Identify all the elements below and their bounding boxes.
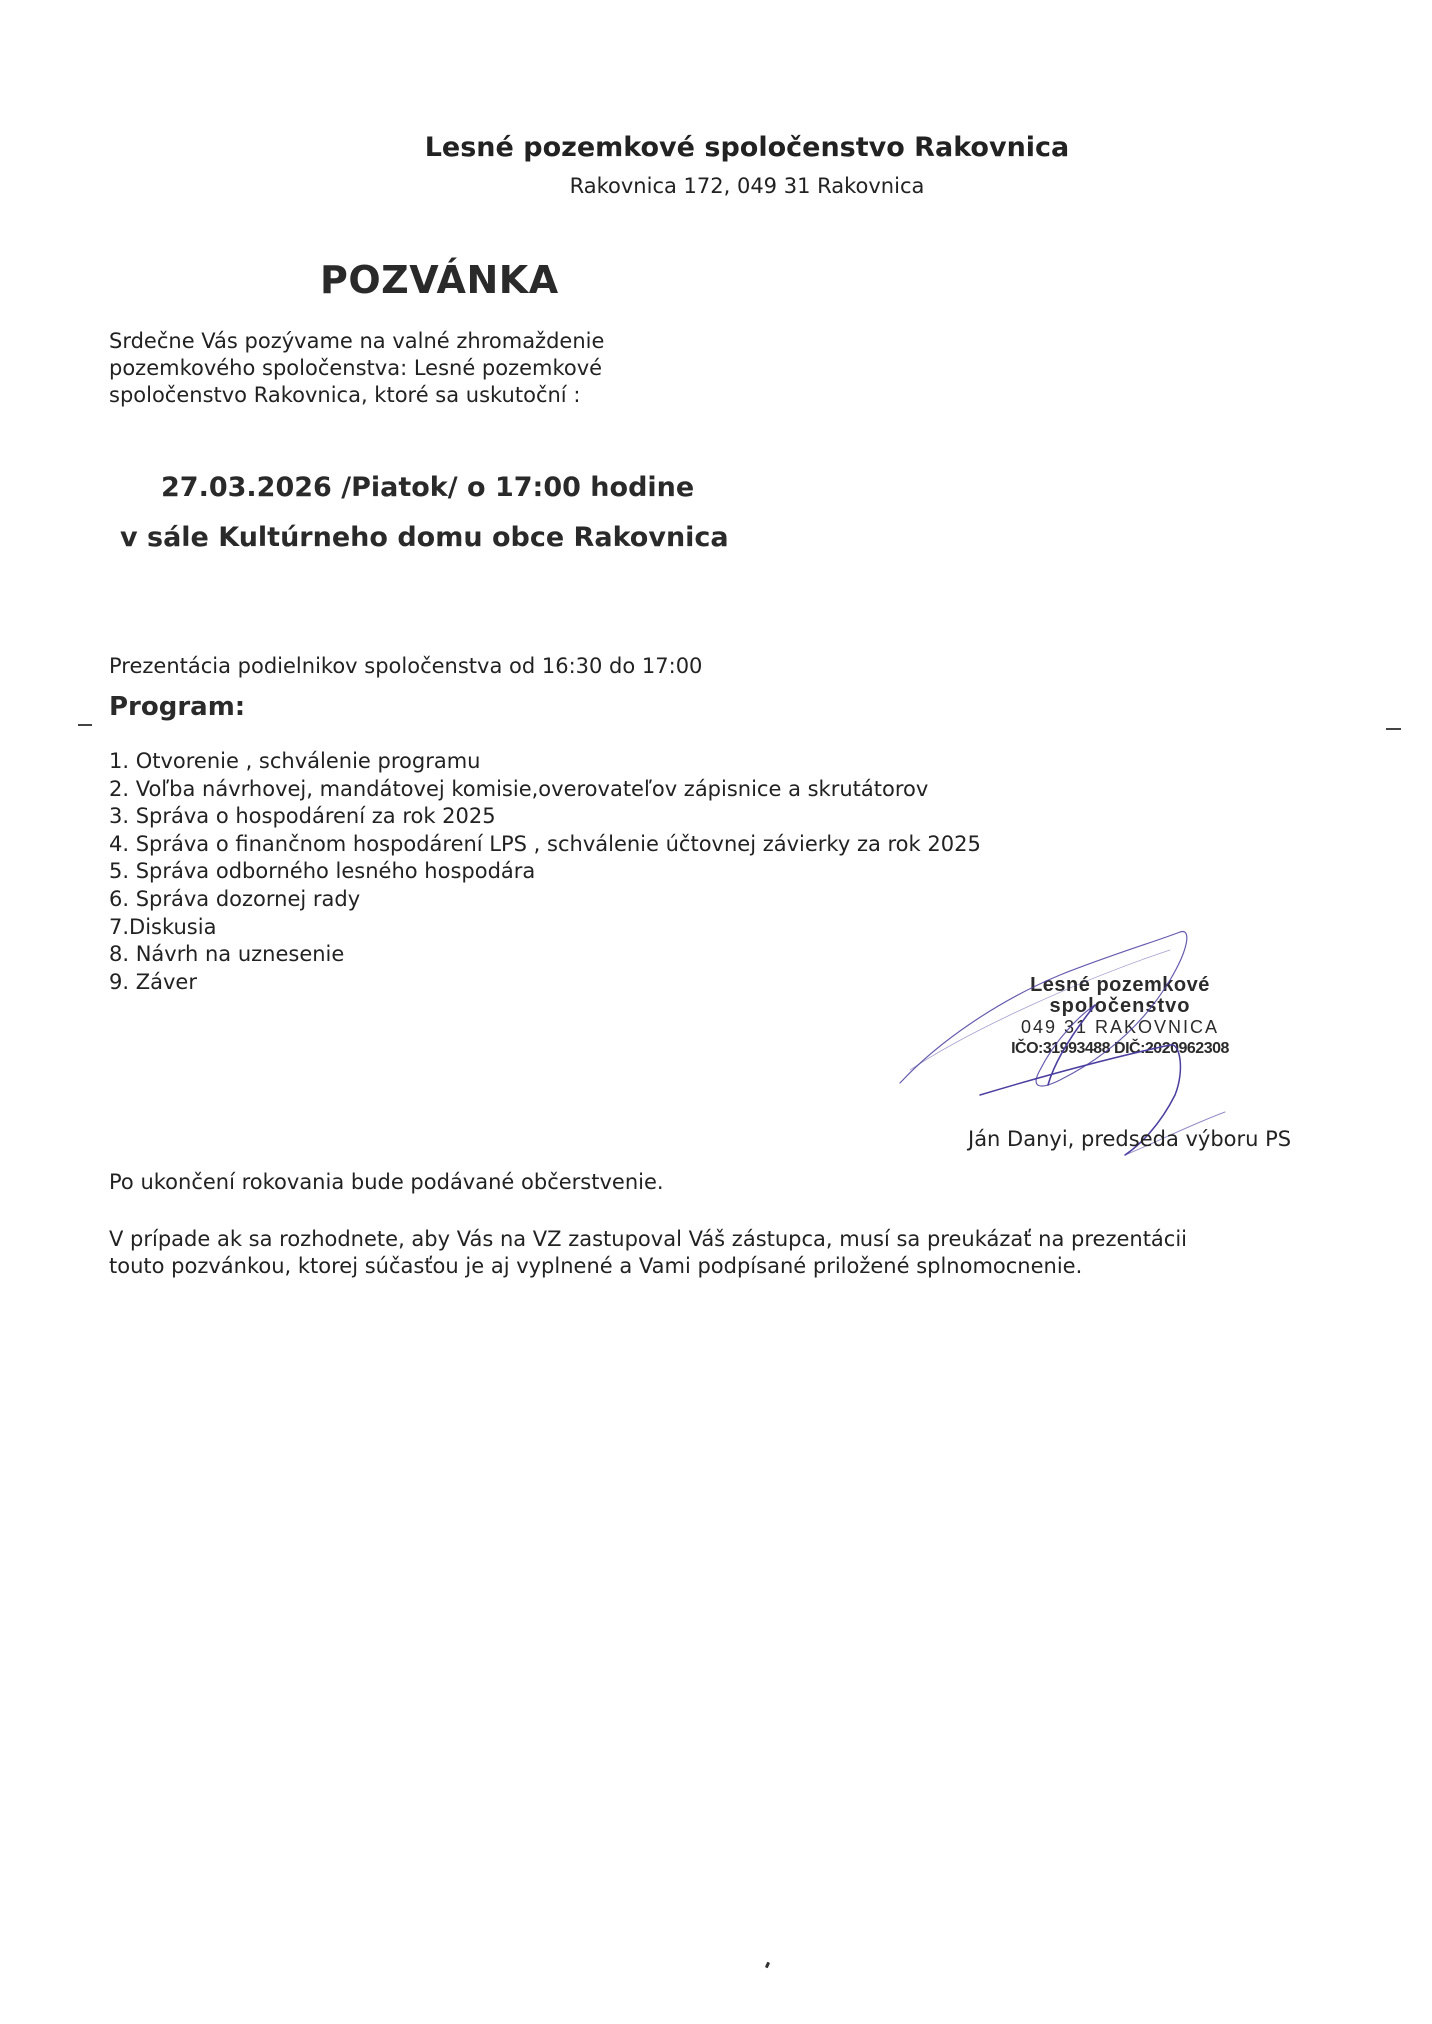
program-item: 9. Záver <box>109 969 981 997</box>
punch-mark-left <box>78 724 92 726</box>
proxy-line: V prípade ak sa rozhodnete, aby Vás na V… <box>109 1226 1187 1253</box>
stamp-line: IČO:31993488 DIČ:2020962308 <box>1000 1038 1240 1059</box>
program-heading: Program: <box>109 692 245 722</box>
event-date: 27.03.2026 /Piatok/ o 17:00 hodine <box>161 472 694 503</box>
presentation-time: Prezentácia podielnikov spoločenstva od … <box>109 654 702 678</box>
program-item: 4. Správa o finančnom hospodárení LPS , … <box>109 831 981 859</box>
organization-name: Lesné pozemkové spoločenstvo Rakovnica <box>0 132 1432 163</box>
proxy-note: V prípade ak sa rozhodnete, aby Vás na V… <box>109 1226 1187 1280</box>
intro-paragraph: Srdečne Vás pozývame na valné zhromažden… <box>109 328 729 409</box>
signer-name: Ján Danyi, predseda výboru PS <box>968 1127 1291 1151</box>
punch-mark-right <box>1386 728 1401 730</box>
proxy-line: touto pozvánkou, ktorej súčasťou je aj v… <box>109 1253 1187 1280</box>
program-item: 7.Diskusia <box>109 914 981 942</box>
program-item: 1. Otvorenie , schválenie programu <box>109 748 981 776</box>
program-item: 5. Správa odborného lesného hospodára <box>109 858 981 886</box>
event-venue: v sále Kultúrneho domu obce Rakovnica <box>120 522 729 553</box>
intro-line: Srdečne Vás pozývame na valné zhromažden… <box>109 328 729 355</box>
intro-line: pozemkového spoločenstva: Lesné pozemkov… <box>109 355 729 382</box>
program-list: 1. Otvorenie , schválenie programu 2. Vo… <box>109 748 981 996</box>
document-title: POZVÁNKA <box>320 258 559 302</box>
stamp-line: 049 31 RAKOVNICA <box>1000 1017 1240 1038</box>
organization-stamp: Lesné pozemkové spoločenstvo 049 31 RAKO… <box>1000 975 1240 1059</box>
program-item: 6. Správa dozornej rady <box>109 886 981 914</box>
program-item: 8. Návrh na uznesenie <box>109 941 981 969</box>
intro-line: spoločenstvo Rakovnica, ktoré sa uskutoč… <box>109 382 729 409</box>
scan-speck <box>765 1962 770 1969</box>
stamp-line: Lesné pozemkové <box>1000 975 1240 996</box>
program-item: 2. Voľba návrhovej, mandátovej komisie,o… <box>109 776 981 804</box>
stamp-line: spoločenstvo <box>1000 996 1240 1017</box>
organization-address: Rakovnica 172, 049 31 Rakovnica <box>0 174 1432 198</box>
closing-note: Po ukončení rokovania bude podávané obče… <box>109 1170 664 1194</box>
program-item: 3. Správa o hospodárení za rok 2025 <box>109 803 981 831</box>
